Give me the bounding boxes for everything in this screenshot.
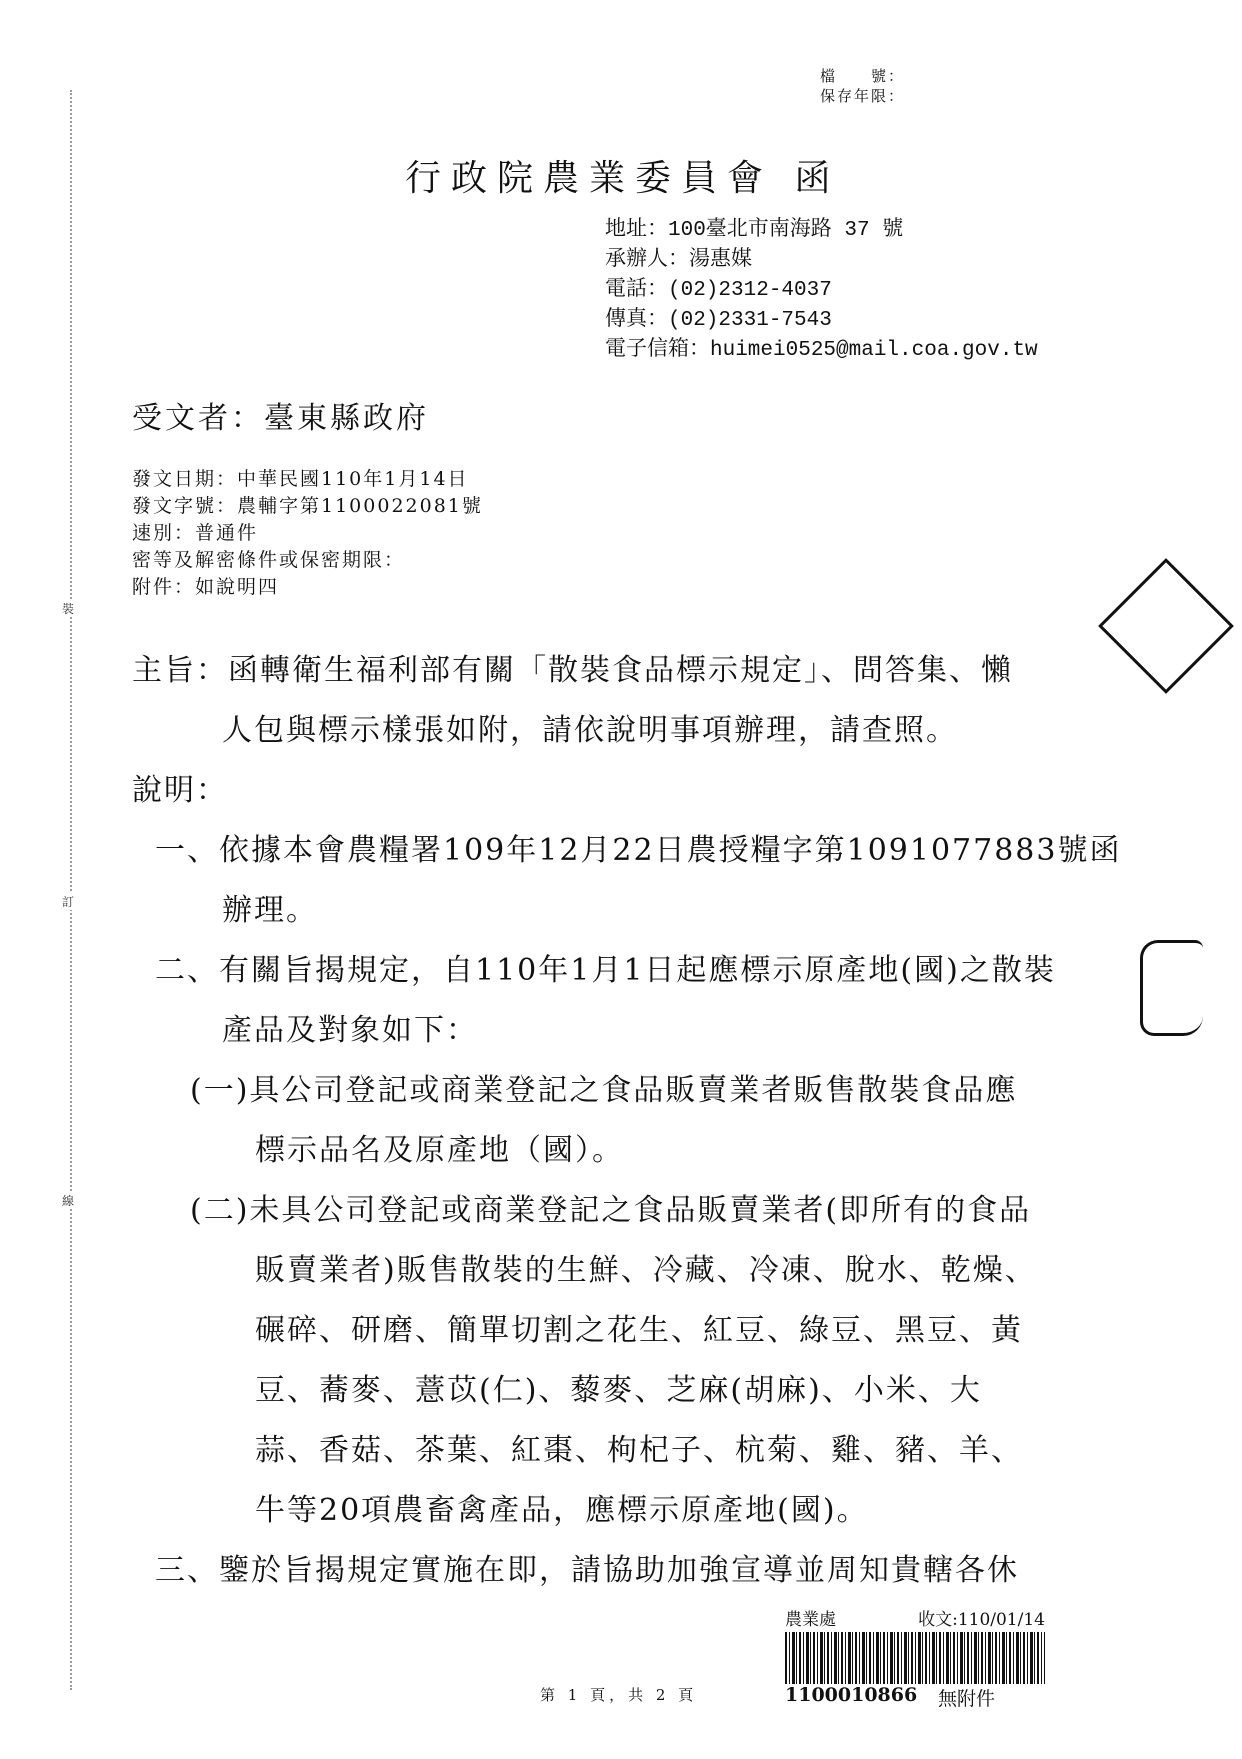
fax: 傳真：(02)2331-7543 bbox=[605, 306, 1038, 336]
received-date: 收文:110/01/14 bbox=[918, 1605, 1045, 1630]
contact-block: 地址：100臺北市南海路 37 號 承辦人：湯惠媒 電話：(02)2312-40… bbox=[605, 216, 1038, 366]
attachment-note: 無附件 bbox=[938, 1684, 995, 1711]
recipient: 受文者：臺東縣政府 bbox=[132, 393, 429, 437]
sub2-line3: 碾碎、研磨、簡單切割之花生、紅豆、綠豆、黑豆、黃 bbox=[255, 1305, 1023, 1349]
item1-line2: 辦理。 bbox=[222, 885, 318, 929]
item2-line1: 二、有關旨揭規定，自110年1月1日起應標示原產地(國)之散裝 bbox=[155, 945, 1056, 989]
handler: 承辦人：湯惠媒 bbox=[605, 246, 1038, 276]
attachment: 附件：如說明四 bbox=[132, 574, 483, 601]
sub2-line6: 牛等20項農畜禽產品，應標示原產地(國)。 bbox=[255, 1485, 869, 1529]
email: 電子信箱：huimei0525@mail.coa.gov.tw bbox=[605, 336, 1038, 366]
doc-number: 發文字號：農輔字第1100022081號 bbox=[132, 493, 483, 520]
page-number: 第 1 頁，共 2 頁 bbox=[540, 1684, 697, 1705]
sub2-line1: (二)未具公司登記或商業登記之食品販賣業者(即所有的食品 bbox=[190, 1185, 1031, 1229]
address: 地址：100臺北市南海路 37 號 bbox=[605, 216, 1038, 246]
item2-line2: 產品及對象如下： bbox=[222, 1005, 478, 1049]
document-title: 行政院農業委員會 函 bbox=[405, 150, 840, 201]
sub2-line5: 蒜、香菇、茶葉、紅棗、枸杞子、杭菊、雞、豬、羊、 bbox=[255, 1425, 1023, 1469]
meta-block: 發文日期：中華民國110年1月14日 發文字號：農輔字第1100022081號 … bbox=[132, 466, 483, 601]
subject-line-2: 人包與標示樣張如附，請依說明事項辦理，請查照。 bbox=[222, 705, 958, 749]
archive-number-label: 檔 號： bbox=[820, 66, 905, 86]
item1-line1: 一、依據本會農糧署109年12月22日農授糧字第1091077883號函 bbox=[155, 825, 1121, 869]
explanation-heading: 說明： bbox=[132, 765, 228, 809]
sub2-line4: 豆、蕎麥、薏苡(仁)、藜麥、芝麻(胡麻)、小米、大 bbox=[255, 1365, 982, 1409]
issue-date: 發文日期：中華民國110年1月14日 bbox=[132, 466, 483, 493]
barcode-number: 1100010866 bbox=[785, 1684, 917, 1711]
retention-label: 保存年限： bbox=[820, 86, 905, 106]
receipt-barcode-stamp: 農業處 收文:110/01/14 1100010866 無附件 bbox=[785, 1605, 1045, 1711]
seal-stamp-partial bbox=[1140, 940, 1203, 1036]
subject-line-1: 主旨：函轉衛生福利部有關「散裝食品標示規定」、問答集、懶 bbox=[132, 645, 1013, 689]
binding-mark-bottom: 線 bbox=[62, 1192, 74, 1209]
sub1-line1: (一)具公司登記或商業登記之食品販賣業者販售散裝食品應 bbox=[190, 1065, 1017, 1109]
binding-dotted-line bbox=[70, 90, 74, 1690]
speed: 速別：普通件 bbox=[132, 520, 483, 547]
item3-line1: 三、鑒於旨揭規定實施在即，請協助加強宣導並周知貴轄各休 bbox=[155, 1545, 1019, 1589]
classification: 密等及解密條件或保密期限： bbox=[132, 547, 483, 574]
phone: 電話：(02)2312-4037 bbox=[605, 276, 1038, 306]
binding-mark-top: 裝 bbox=[62, 600, 74, 617]
receiving-department: 農業處 bbox=[785, 1605, 836, 1630]
archive-info: 檔 號： 保存年限： bbox=[820, 66, 905, 106]
sub2-line2: 販賣業者)販售散裝的生鮮、冷藏、冷凍、脫水、乾燥、 bbox=[255, 1245, 1037, 1289]
barcode-icon bbox=[785, 1632, 1045, 1684]
seal-stamp-diamond bbox=[1098, 558, 1234, 694]
binding-mark-middle: 訂 bbox=[62, 893, 74, 910]
sub1-line2: 標示品名及原產地（國）。 bbox=[255, 1125, 624, 1169]
